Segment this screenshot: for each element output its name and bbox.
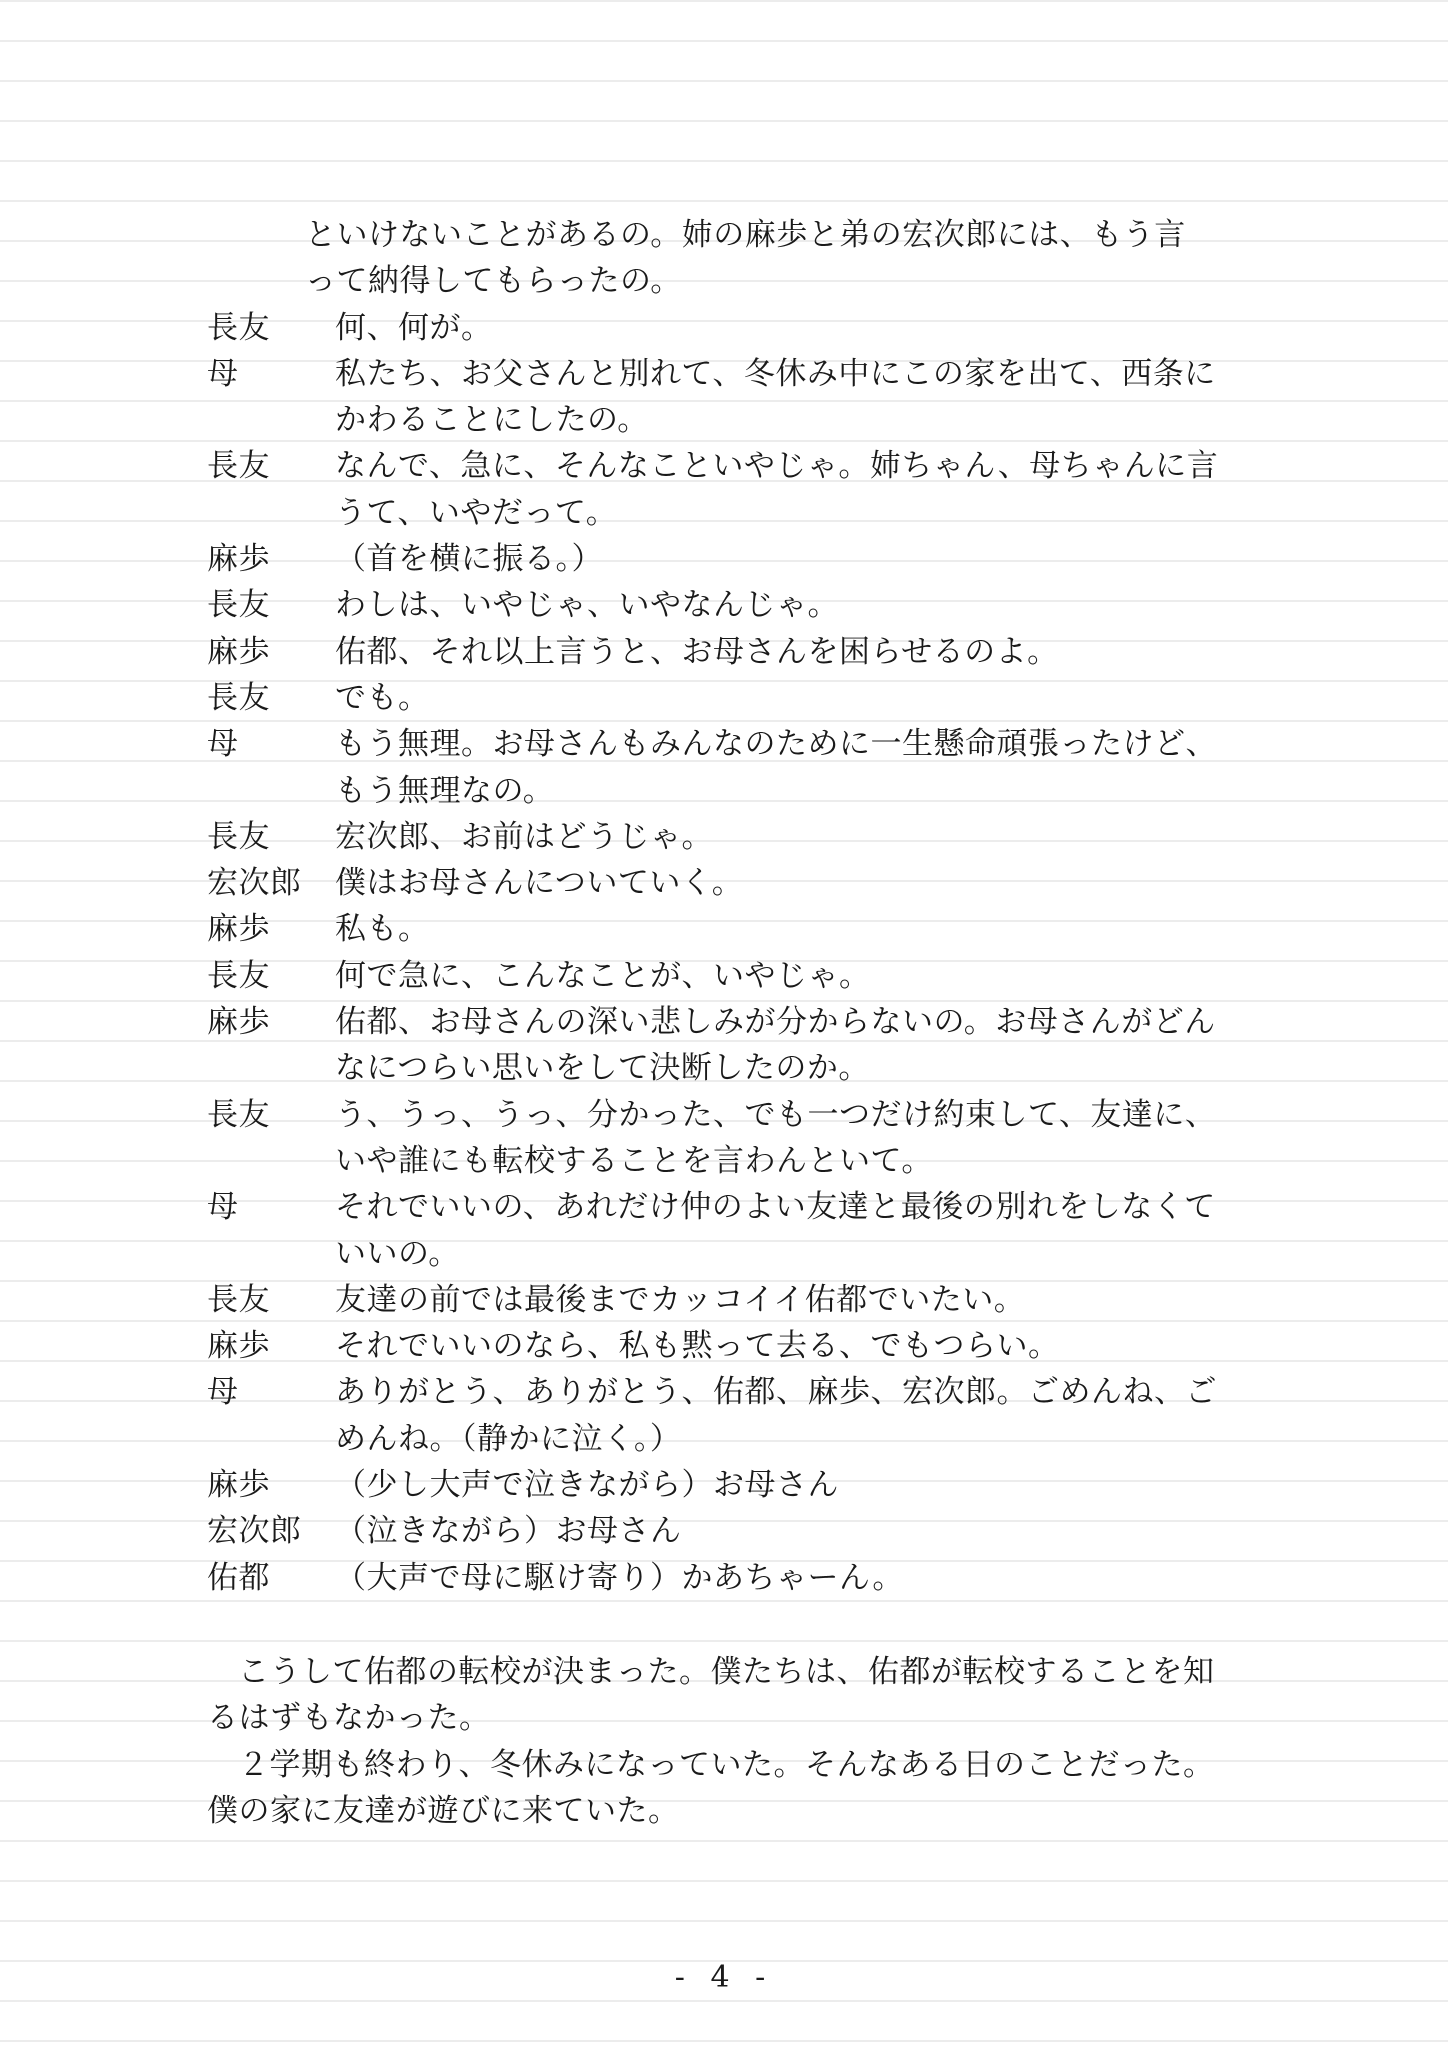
dialogue-entry: 長友 なんで、急に、そんなこといやじゃ。姉ちゃん、母ちゃんに言 — [207, 443, 1237, 489]
dialogue-continuation: いや誰にも転校することを言わんといて。 — [207, 1138, 1237, 1184]
speaker-name: 長友 — [207, 305, 335, 351]
speaker-name: 宏次郎 — [207, 860, 335, 906]
dialogue-text: 友達の前では最後までカッコイイ佑都でいたい。 — [335, 1277, 1237, 1323]
dialogue-entry: 長友 何、何が。 — [207, 305, 1237, 351]
dialogue-entry: 長友 でも。 — [207, 675, 1237, 721]
dialogue-text: 佑都、それ以上言うと、お母さんを困らせるのよ。 — [335, 629, 1237, 675]
page-number: - 4 - — [0, 1958, 1448, 1998]
dialogue-text: かわることにしたの。 — [335, 397, 1237, 443]
dialogue-text: いや誰にも転校することを言わんといて。 — [335, 1138, 1237, 1184]
speaker-name: 母 — [207, 1369, 335, 1415]
dialogue-text: 私も。 — [335, 906, 1237, 952]
speaker-name: 長友 — [207, 1277, 335, 1323]
speaker-name: 麻歩 — [207, 1462, 335, 1508]
dialogue-text: うて、いやだって。 — [335, 490, 1237, 536]
dialogue-text: う、うっ、うっ、分かった、でも一つだけ約束して、友達に、 — [335, 1092, 1237, 1138]
dialogue-entry: 麻歩 佑都、それ以上言うと、お母さんを困らせるのよ。 — [207, 629, 1237, 675]
dialogue-entry: 麻歩 私も。 — [207, 906, 1237, 952]
dialogue-continuation: もう無理なの。 — [207, 768, 1237, 814]
dialogue-entry: 長友 わしは、いやじゃ、いやなんじゃ。 — [207, 582, 1237, 628]
speaker-name: 麻歩 — [207, 629, 335, 675]
continuation-line: といけないことがあるの。姉の麻歩と弟の宏次郎には、もう言 — [207, 212, 1237, 258]
narrative-paragraph: ２学期も終わり、冬休みになっていた。そんなある日のことだった。僕の家に友達が遊び… — [207, 1742, 1237, 1835]
speaker-name: 長友 — [207, 814, 335, 860]
dialogue-entry: 宏次郎 僕はお母さんについていく。 — [207, 860, 1237, 906]
speaker-name: 母 — [207, 351, 335, 397]
speaker-name: 長友 — [207, 953, 335, 999]
dialogue-text: それでいいの、あれだけ仲のよい友達と最後の別れをしなくて — [335, 1184, 1237, 1230]
dialogue-text: 何で急に、こんなことが、いやじゃ。 — [335, 953, 1237, 999]
script-dialogue: といけないことがあるの。姉の麻歩と弟の宏次郎には、もう言 って納得してもらったの… — [207, 212, 1237, 1601]
speaker-name: 母 — [207, 1184, 335, 1230]
dialogue-text: もう無理なの。 — [335, 768, 1237, 814]
speaker-name: 佑都 — [207, 1555, 335, 1601]
dialogue-text: ありがとう、ありがとう、佑都、麻歩、宏次郎。ごめんね、ご — [335, 1369, 1237, 1415]
dialogue-entry: 麻歩 それでいいのなら、私も黙って去る、でもつらい。 — [207, 1323, 1237, 1369]
narrative-section: こうして佑都の転校が決まった。僕たちは、佑都が転校することを知るはずもなかった。… — [207, 1649, 1237, 1834]
dialogue-entry: 佑都 （大声で母に駆け寄り）かあちゃーん。 — [207, 1555, 1237, 1601]
stage-direction: （大声で母に駆け寄り）かあちゃーん。 — [335, 1555, 1237, 1601]
dialogue-entry: 麻歩 （少し大声で泣きながら）お母さん — [207, 1462, 1237, 1508]
stage-direction: （首を横に振る。） — [335, 536, 1237, 582]
dialogue-continuation: なにつらい思いをして決断したのか。 — [207, 1045, 1237, 1091]
speaker-name: 麻歩 — [207, 1323, 335, 1369]
dialogue-entry: 宏次郎 （泣きながら）お母さん — [207, 1508, 1237, 1554]
dialogue-entry: 長友 何で急に、こんなことが、いやじゃ。 — [207, 953, 1237, 999]
dialogue-text: なんで、急に、そんなこといやじゃ。姉ちゃん、母ちゃんに言 — [335, 443, 1237, 489]
narrative-paragraph: こうして佑都の転校が決まった。僕たちは、佑都が転校することを知るはずもなかった。 — [207, 1649, 1237, 1742]
dialogue-text: といけないことがあるの。姉の麻歩と弟の宏次郎には、もう言 — [305, 212, 1237, 258]
stage-direction: （少し大声で泣きながら）お母さん — [335, 1462, 1237, 1508]
dialogue-entry: 母 私たち、お父さんと別れて、冬休み中にこの家を出て、西条に — [207, 351, 1237, 397]
dialogue-text: それでいいのなら、私も黙って去る、でもつらい。 — [335, 1323, 1237, 1369]
stage-direction: （泣きながら）お母さん — [335, 1508, 1237, 1554]
speaker-name: 長友 — [207, 1092, 335, 1138]
dialogue-entry: 麻歩 佑都、お母さんの深い悲しみが分からないの。お母さんがどん — [207, 999, 1237, 1045]
dialogue-text: 何、何が。 — [335, 305, 1237, 351]
dialogue-entry: 麻歩 （首を横に振る。） — [207, 536, 1237, 582]
dialogue-continuation: めんね。（静かに泣く。） — [207, 1416, 1237, 1462]
continuation-line: って納得してもらったの。 — [207, 258, 1237, 304]
dialogue-text: 私たち、お父さんと別れて、冬休み中にこの家を出て、西条に — [335, 351, 1237, 397]
dialogue-text: って納得してもらったの。 — [305, 258, 1237, 304]
dialogue-text: でも。 — [335, 675, 1237, 721]
dialogue-entry: 長友 宏次郎、お前はどうじゃ。 — [207, 814, 1237, 860]
dialogue-text: なにつらい思いをして決断したのか。 — [335, 1045, 1237, 1091]
speaker-name: 麻歩 — [207, 906, 335, 952]
dialogue-text: 宏次郎、お前はどうじゃ。 — [335, 814, 1237, 860]
dialogue-entry: 母 それでいいの、あれだけ仲のよい友達と最後の別れをしなくて — [207, 1184, 1237, 1230]
speaker-name: 長友 — [207, 675, 335, 721]
dialogue-entry: 母 もう無理。お母さんもみんなのために一生懸命頑張ったけど、 — [207, 721, 1237, 767]
dialogue-text: 僕はお母さんについていく。 — [335, 860, 1237, 906]
dialogue-entry: 母 ありがとう、ありがとう、佑都、麻歩、宏次郎。ごめんね、ご — [207, 1369, 1237, 1415]
dialogue-text: もう無理。お母さんもみんなのために一生懸命頑張ったけど、 — [335, 721, 1237, 767]
speaker-name: 宏次郎 — [207, 1508, 335, 1554]
speaker-name: 麻歩 — [207, 536, 335, 582]
document-page: といけないことがあるの。姉の麻歩と弟の宏次郎には、もう言 って納得してもらったの… — [0, 0, 1448, 2048]
speaker-name: 麻歩 — [207, 999, 335, 1045]
dialogue-continuation: かわることにしたの。 — [207, 397, 1237, 443]
dialogue-continuation: いいの。 — [207, 1231, 1237, 1277]
dialogue-entry: 長友 う、うっ、うっ、分かった、でも一つだけ約束して、友達に、 — [207, 1092, 1237, 1138]
dialogue-text: 佑都、お母さんの深い悲しみが分からないの。お母さんがどん — [335, 999, 1237, 1045]
dialogue-text: めんね。（静かに泣く。） — [335, 1416, 1237, 1462]
dialogue-text: わしは、いやじゃ、いやなんじゃ。 — [335, 582, 1237, 628]
dialogue-text: いいの。 — [335, 1231, 1237, 1277]
speaker-name: 長友 — [207, 443, 335, 489]
speaker-name: 母 — [207, 721, 335, 767]
dialogue-entry: 長友 友達の前では最後までカッコイイ佑都でいたい。 — [207, 1277, 1237, 1323]
dialogue-continuation: うて、いやだって。 — [207, 490, 1237, 536]
speaker-name: 長友 — [207, 582, 335, 628]
